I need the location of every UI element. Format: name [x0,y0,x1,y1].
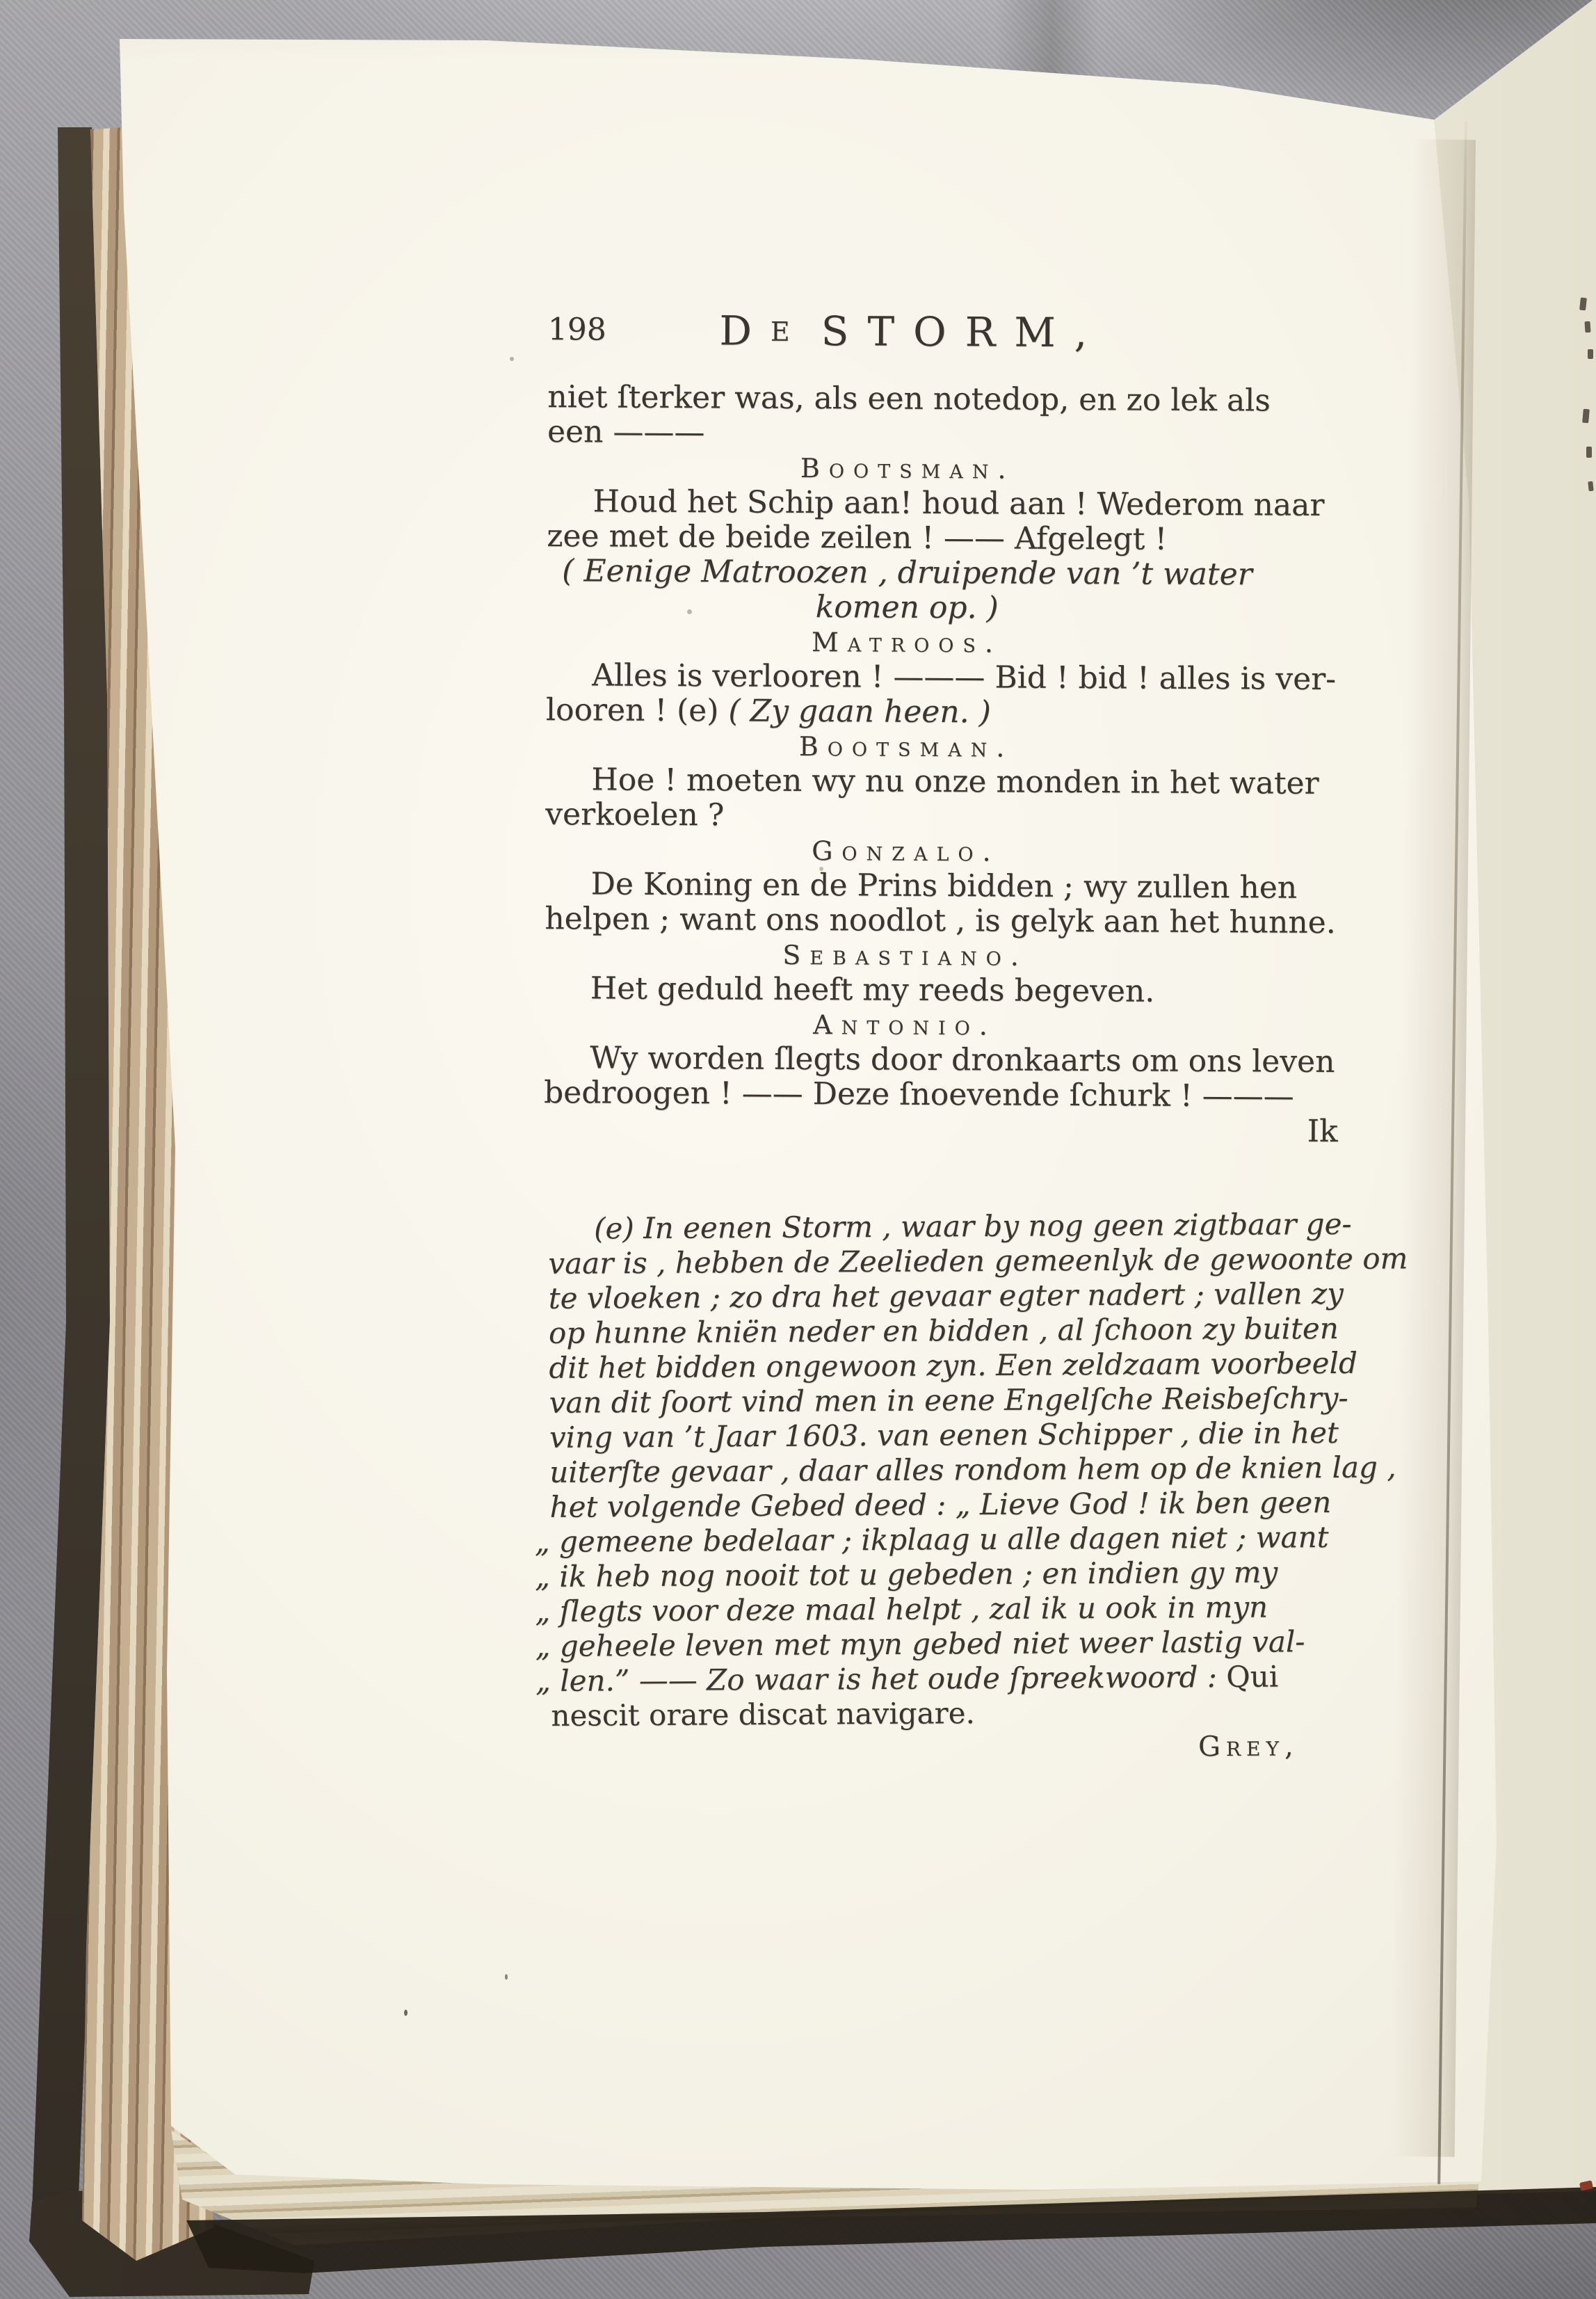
running-title: DESTORM, [535,306,1290,358]
speaker-name: Gonzalo. [533,832,1371,871]
footnote-line: vaar is , hebben de Zeelieden gemeenlyk … [535,1242,1373,1281]
dialogue-line: bedroogen ! —— Deze ſnoevende ſchurk ! —… [531,1075,1369,1114]
speaker-name: Sebastiano. [532,936,1370,975]
footnote-line: „ ſlegts voor deze maal helpt , zal ik u… [538,1589,1376,1629]
footnote-line: „ geheele leven met myn gebed niet weer … [538,1624,1376,1664]
stage-direction: komen op. ) [534,588,1372,627]
footnote-line: het volgende Gebed deed : „ Lieve God ! … [537,1485,1375,1525]
dialogue-text: niet ſterker was, als een notedop, en zo… [531,380,1373,1114]
dialogue-line: Alles is verlooren ! ——— Bid ! bid ! all… [533,658,1371,697]
dialogue-line: Wy worden ſlegts door dronkaarts om ons … [531,1041,1369,1080]
footnote-line: „ len.” —— Zo waar is het oude ſpreekwoo… [538,1659,1376,1699]
dialogue-line: verkoelen ? [533,797,1371,836]
footnote-line: ving van ’t Jaar 1603. van eenen Schippe… [537,1416,1375,1455]
printed-text-block: 198 DESTORM, niet ſterker was, als een n… [535,306,1373,1768]
footnote-line: „ ik heb nog nooit tot u gebeden ; en in… [538,1555,1376,1594]
dialogue-line: Het geduld heeft my reeds begeven. [532,971,1370,1010]
footnote-line: dit het bidden ongewoon zyn. Een zeldzaa… [536,1346,1374,1386]
main-text: 198 DESTORM, niet ſterker was, als een n… [531,306,1373,1149]
footnote-line: (e) In eenen Storm , waar by nog geen zi… [535,1207,1373,1247]
speaker-name: Bootsman. [535,449,1373,488]
speaker-name: Bootsman. [533,728,1371,767]
speaker-name: Antonio. [531,1006,1369,1045]
dialogue-line: niet ſterker was, als een notedop, en zo… [535,380,1373,419]
catchword: Ik [531,1110,1369,1149]
footnote-line: uiterſte gevaar , daar alles rondom hem … [537,1450,1375,1490]
stage-direction: ( Eenige Matroozen , druipende van ’t wa… [534,554,1372,593]
dialogue-line: helpen ; want ons noodlot , is gelyk aan… [532,902,1370,940]
dialogue-line: Hoe ! moeten wy nu onze monden in het wa… [533,762,1371,801]
dialogue-line: Houd het Schip aan! houd aan ! Wederom n… [534,484,1372,523]
photo-of-book-page: { "palette": { "background_fabric": "#97… [0,0,1596,2299]
footnote-text: (e) In eenen Storm , waar by nog geen zi… [535,1207,1377,1733]
footnote-line: van dit ſoort vind men in eene Engelſche… [537,1381,1375,1420]
footnote-line: op hunne kniën neder en bidden , al ſcho… [536,1311,1374,1351]
dialogue-line: De Koning en de Prins bidden ; wy zullen… [533,867,1371,906]
dialogue-line: zee met de beide zeilen ! —— Afgelegt ! [534,519,1372,558]
footnote-line: nescit orare discat navigare. [538,1694,1376,1733]
footnote-block: (e) In eenen Storm , waar by nog geen zi… [535,1207,1377,1768]
speaker-name: Matroos. [533,623,1371,662]
dialogue-line: looren ! (e) ( Zy gaan heen. ) [533,693,1371,732]
running-header: 198 DESTORM, [535,306,1373,355]
footnote-attribution: Grey, [539,1729,1377,1768]
footnote-line: „ gemeene bedelaar ; ikplaag u alle dage… [538,1520,1376,1560]
footnote-line: te vloeken ; zo dra het gevaar egter nad… [536,1276,1374,1316]
dialogue-line: een ——— [535,415,1373,454]
